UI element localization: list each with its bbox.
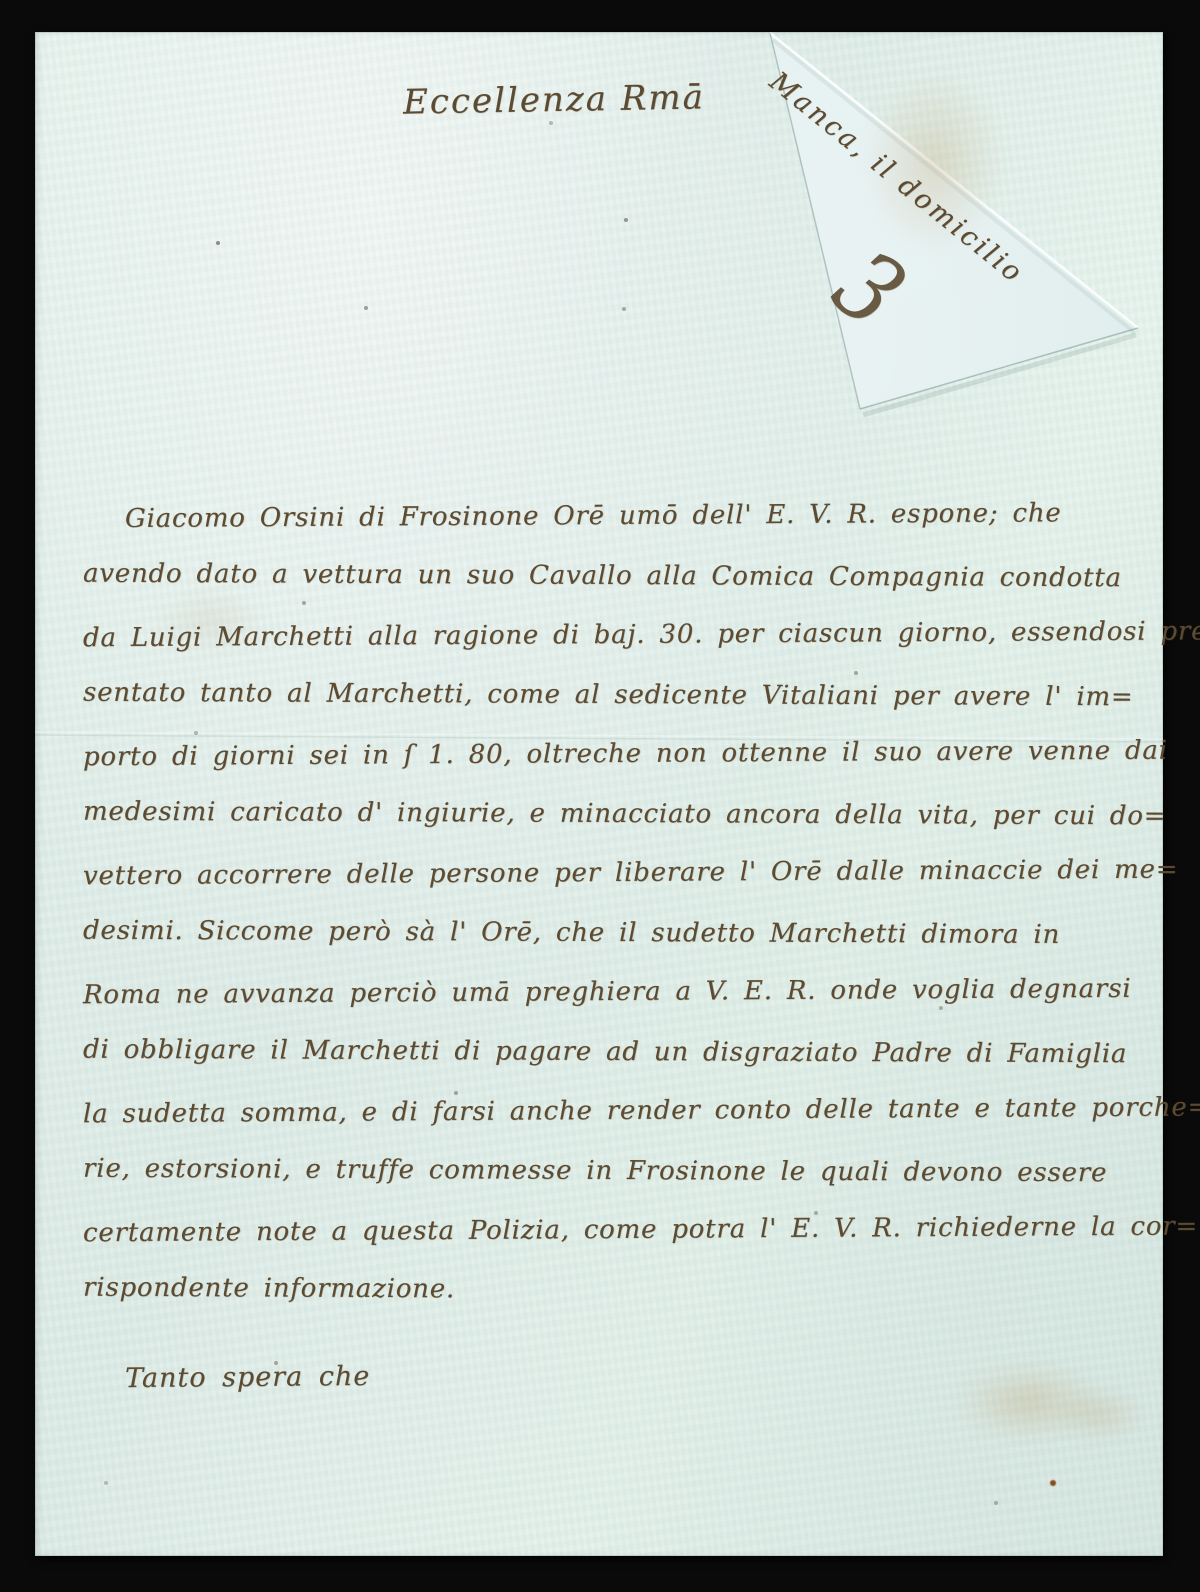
manuscript-line: medesimi caricato d' ingiurie, e minacci… (83, 782, 1145, 846)
manuscript-line: rie, estorsioni, e truffe commesse in Fr… (83, 1139, 1145, 1203)
manuscript-line: di obbligare il Marchetti di pagare ad u… (83, 1020, 1145, 1084)
letter-heading: Eccellenza Rmā (403, 77, 706, 122)
bottom-stain (955, 1362, 1105, 1442)
manuscript-line: porto di giorni sei in ſ 1. 80, oltreche… (83, 722, 1145, 788)
manuscript-line: certamente note a questa Polizia, come p… (83, 1198, 1145, 1264)
manuscript-line: Giacomo Orsini di Frosinone Orē umō dell… (83, 484, 1145, 550)
manuscript-line: avendo dato a vettura un suo Cavallo all… (83, 544, 1145, 608)
manuscript-line: da Luigi Marchetti alla ragione di baj. … (83, 603, 1145, 669)
manuscript-line: rispondente informazione. (83, 1258, 1145, 1322)
manuscript-line: desimi. Siccome però sà l' Orē, che il s… (83, 901, 1145, 965)
closing-line: Tanto spera che (125, 1361, 371, 1394)
manuscript-line: la sudetta somma, e di farsi anche rende… (83, 1079, 1145, 1145)
letter-sheet: Eccellenza Rmā Manca, il domicilio 3 Gia… (35, 32, 1163, 1556)
bottom-stain (1055, 1387, 1145, 1442)
manuscript-line: sentato tanto al Marchetti, come al sedi… (83, 663, 1145, 727)
manuscript-line: Roma ne avvanza perciò umā preghiera a V… (83, 960, 1145, 1026)
letter-body: Giacomo Orsini di Frosinone Orē umō dell… (83, 487, 1145, 1320)
manuscript-line: vettero accorrere delle persone per libe… (83, 841, 1145, 907)
paper-speckles (35, 32, 37, 34)
rust-speck (1050, 1480, 1056, 1486)
